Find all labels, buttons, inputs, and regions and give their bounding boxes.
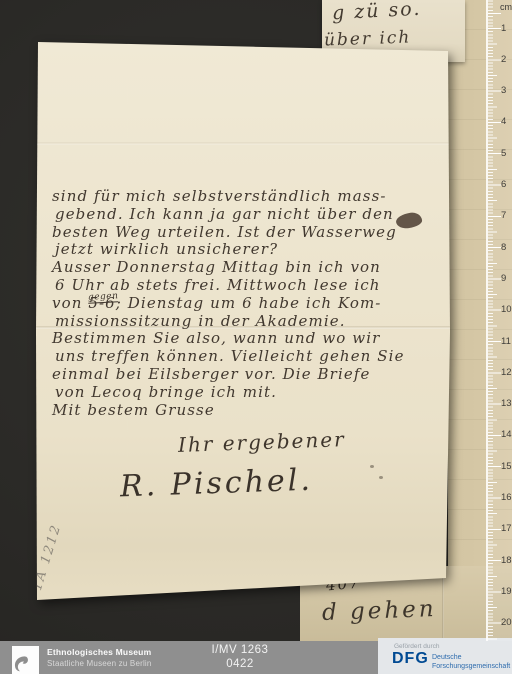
measurement-ruler: cm 1234567891011121314151617181920: [486, 0, 512, 641]
ruler-number: 19: [501, 586, 512, 597]
dfg-name-line2: Forschungsgemeinschaft: [432, 663, 510, 672]
footer-bar: Ethnologisches Museum Staatliche Museen …: [0, 641, 512, 674]
paper-speck: [370, 465, 374, 468]
scan-viewer: cm 1234567891011121314151617181920 g zü …: [0, 0, 512, 674]
interline-insertion: gegen: [88, 291, 119, 304]
ruler-number: 16: [501, 492, 512, 503]
museum-text-block: Ethnologisches Museum Staatliche Museen …: [47, 647, 152, 668]
letter-line: Bestimmen Sie also, wann und wo wir: [52, 330, 444, 348]
letter-line: missionssitzung in der Akademie.: [55, 313, 444, 331]
ruler-numbers: 1234567891011121314151617181920: [488, 0, 512, 641]
ruler-number: 10: [501, 304, 512, 315]
ruler-number: 2: [501, 54, 512, 65]
museum-subtitle: Staatliche Museen zu Berlin: [47, 659, 152, 668]
letter-line: Ausser Donnerstag Mittag bin ich von: [52, 259, 444, 277]
dfg-name-line1: Deutsche: [432, 654, 510, 663]
document-id-block: I/MV 1263 0422: [170, 644, 310, 670]
letter-line: einmal bei Eilsberger vor. Die Briefe: [52, 366, 444, 384]
ruler-number: 11: [501, 336, 512, 347]
closing-line: Ihr ergebener: [178, 427, 346, 457]
letter-line: Mit bestem Grusse: [52, 402, 444, 420]
top-sheet-handwriting-fragment: g zü so.: [331, 0, 421, 24]
museum-logo: [12, 646, 39, 674]
ruler-number: 6: [501, 179, 512, 190]
eagle-icon: [13, 655, 33, 673]
ruler-number: 8: [501, 242, 512, 253]
letter-page-wrapper: sind für mich selbstverständlich mass-ge…: [36, 42, 450, 602]
letter-line: von Lecoq bringe ich mit.: [55, 384, 444, 402]
letter-line: sind für mich selbstverständlich mass-: [52, 188, 444, 206]
letter-line: jetzt wirklich unsicherer?: [55, 241, 444, 259]
letter-line: gebend. Ich kann ja gar nicht über den: [55, 206, 444, 224]
scan-page-number: 0422: [170, 658, 310, 670]
letter-line: uns treffen können. Vielleicht gehen Sie: [55, 348, 444, 366]
inventory-number: I/MV 1263: [170, 644, 310, 656]
museum-name: Ethnologisches Museum: [47, 647, 152, 657]
ruler-number: 14: [501, 429, 512, 440]
pencil-archive-note: 1A 1212: [30, 522, 64, 592]
ruler-number: 12: [501, 367, 512, 378]
ruler-number: 7: [501, 210, 512, 221]
dfg-full-name: Deutsche Forschungsgemeinschaft: [432, 654, 510, 671]
dfg-logo: DFG: [392, 650, 429, 668]
ruler-number: 15: [501, 461, 512, 472]
paper-speck: [379, 476, 383, 479]
letter-body-text: sind für mich selbstverständlich mass-ge…: [52, 188, 444, 419]
ruler-number: 4: [501, 116, 512, 127]
funding-label: Gefördert durch: [394, 643, 440, 650]
dfg-funding-panel: Gefördert durch DFG Deutsche Forschungsg…: [378, 638, 512, 674]
ruler-number: 18: [501, 555, 512, 566]
ruler-number: 5: [501, 148, 512, 159]
ruler-number: 17: [501, 523, 512, 534]
signature: R. Pischel.: [119, 463, 313, 505]
letter-line: besten Weg urteilen. Ist der Wasserweg: [52, 224, 444, 242]
ruler-number: 1: [501, 23, 512, 34]
ruler-number: 20: [501, 617, 512, 628]
ruler-number: 3: [501, 85, 512, 96]
ruler-number: 13: [501, 398, 512, 409]
paper-crease: [36, 142, 450, 145]
ruler-number: 9: [501, 273, 512, 284]
letter-page: sind für mich selbstverständlich mass-ge…: [36, 42, 450, 602]
